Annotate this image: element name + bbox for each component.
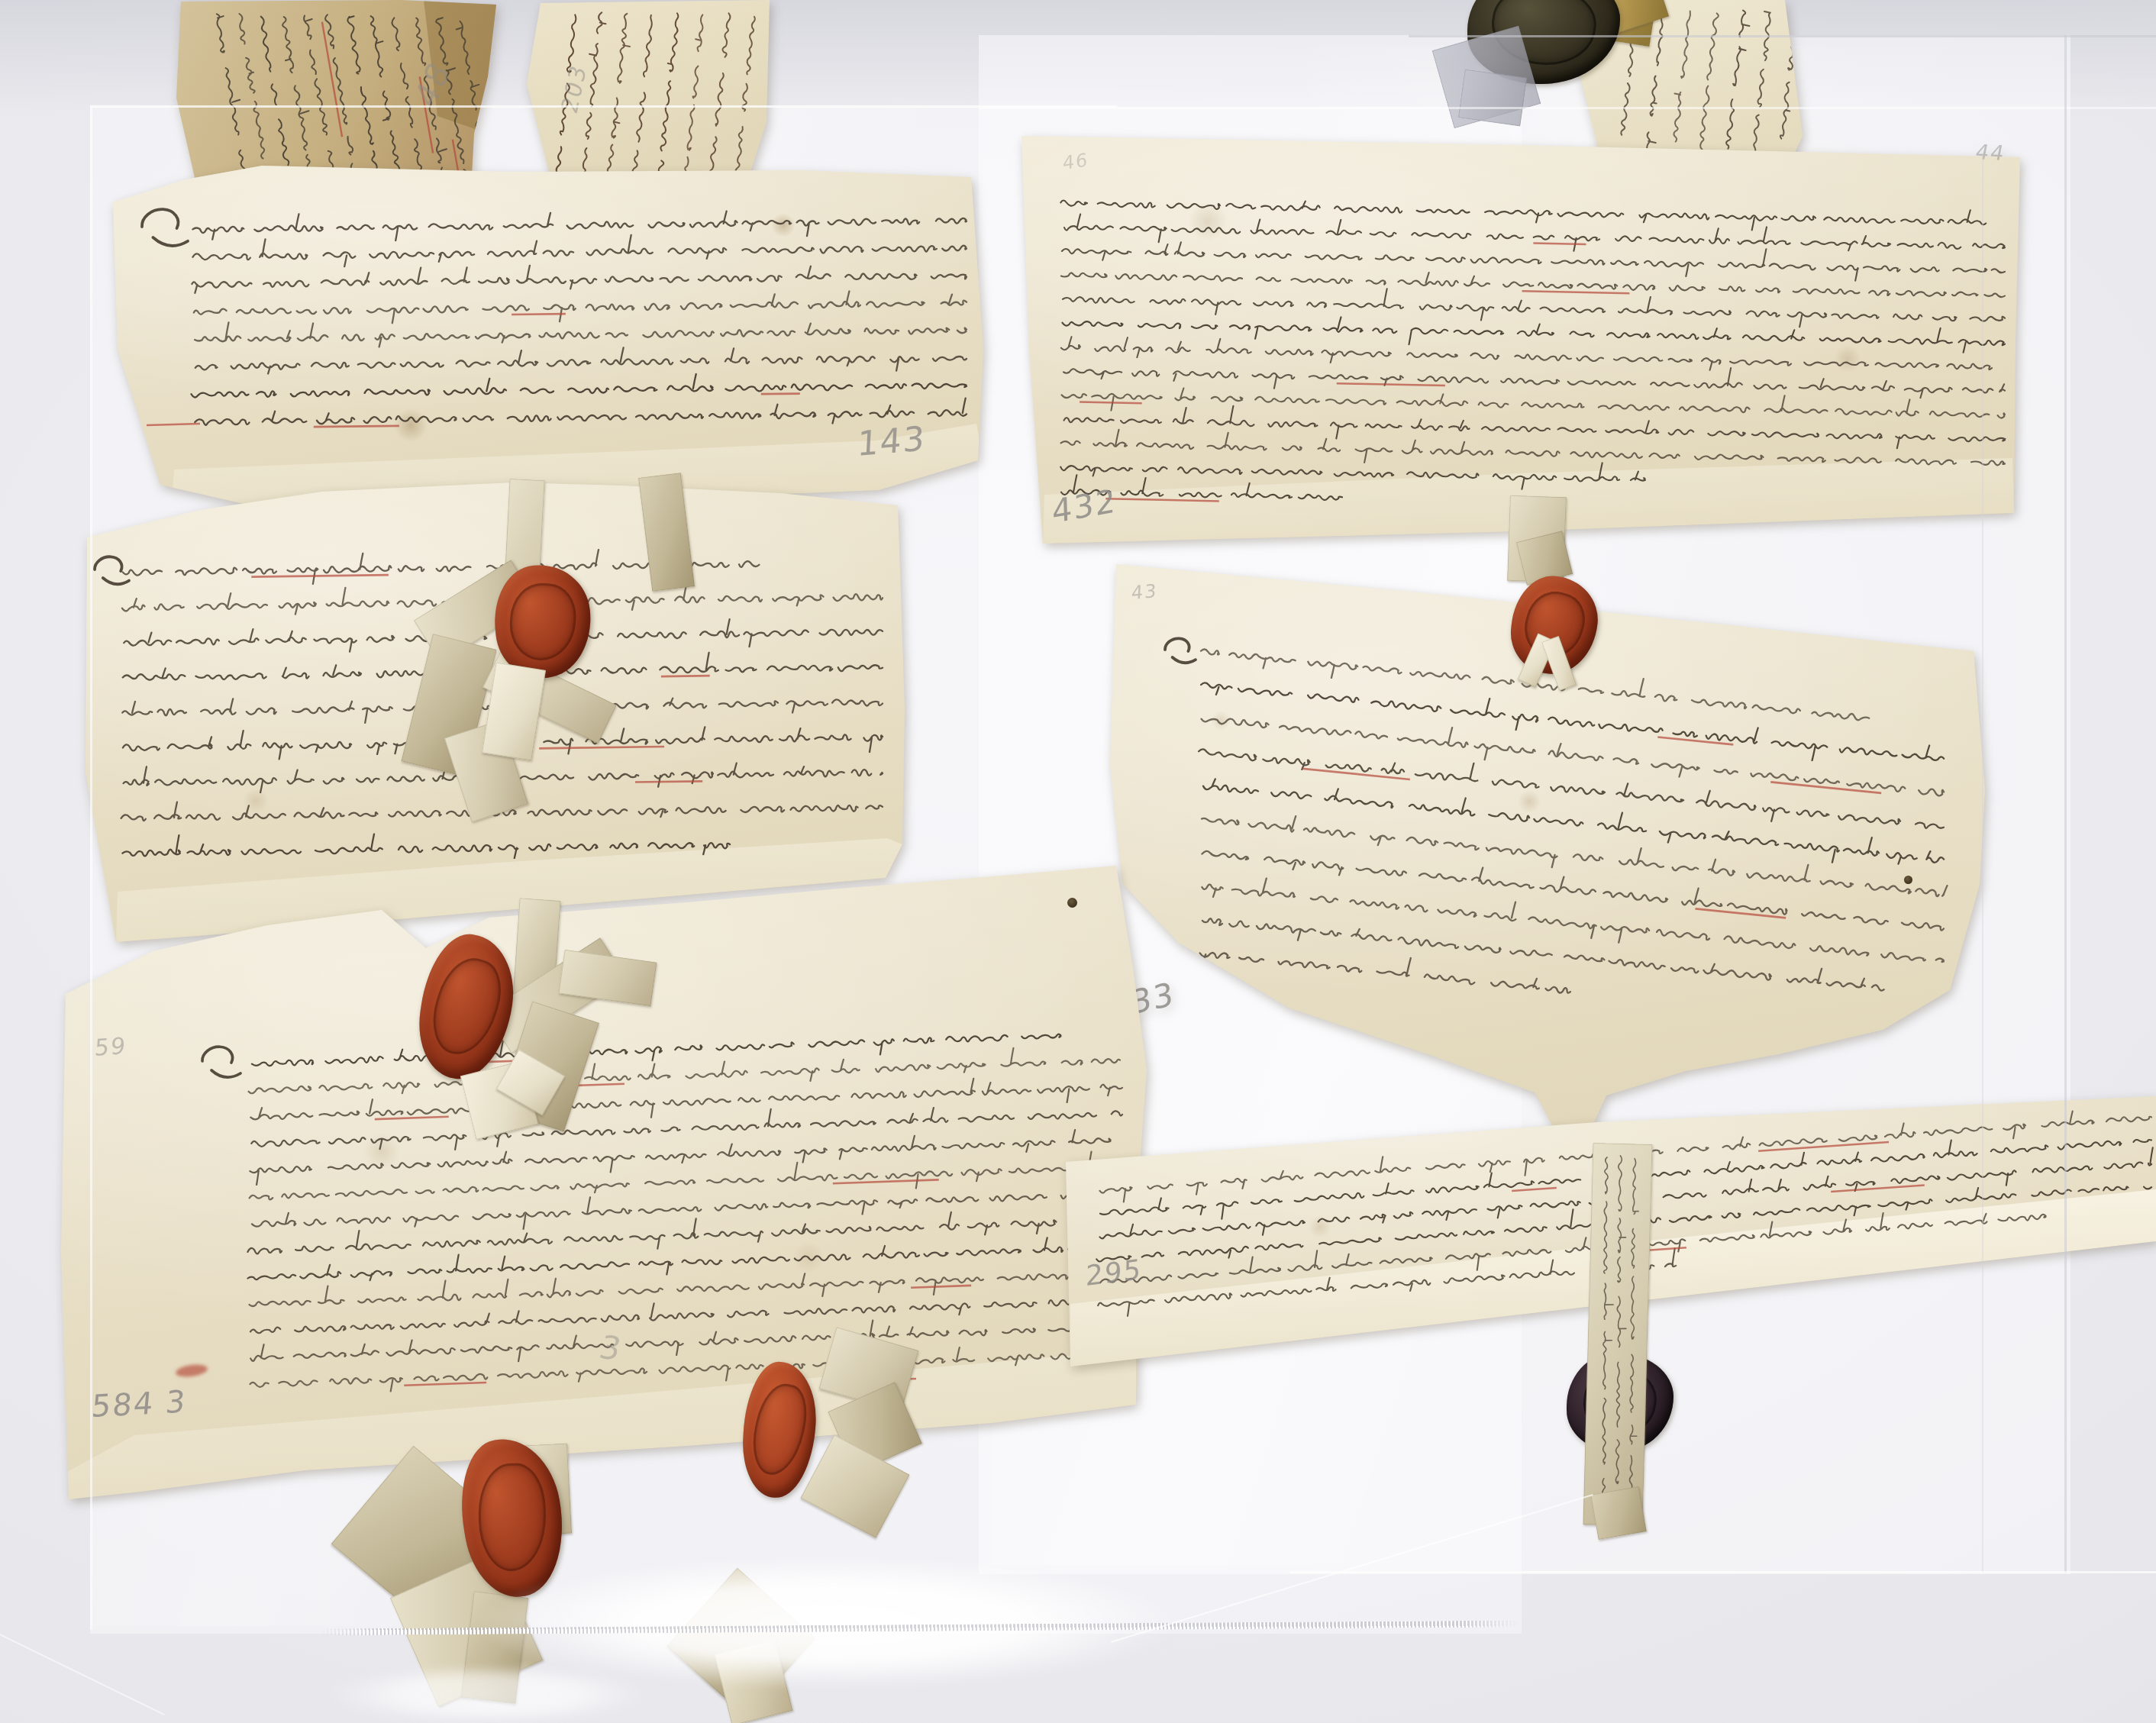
sleeve-edge [1409,35,2156,37]
grey-ribbon [1458,69,1527,127]
edge-shading [113,156,983,515]
sleeve-edge [90,107,92,1630]
ink-strokes [1596,1155,1649,1502]
pencil-number: 59 [94,1033,128,1062]
sleeve-edge [90,105,1117,108]
pencil-number-faint: 46 [1063,149,1089,174]
seal-tag-end [1590,1486,1646,1540]
sleeve-edge [1290,1571,2156,1573]
charter-432: 46 44 432 [1015,128,2023,548]
parchment-surface [113,156,983,515]
sleeve-edge [1982,153,1983,1573]
script-line [1596,1157,1618,1502]
edge-shading [1015,128,2023,548]
sleeve-edge [2064,35,2067,1573]
pencil-number: 584 3 [90,1384,188,1425]
pencil-number: 143 [857,419,927,464]
script-line [1609,1156,1632,1502]
charter-143: 143 [113,156,983,515]
pencil-number-faint: 43 [1131,580,1158,604]
sleeve-crease [0,1634,165,1715]
photo-stage: 48 203 143 [0,0,2156,1723]
light-reflection [328,1664,649,1723]
inscribed-seal-tag [1583,1143,1652,1526]
tag-script [1583,1143,1652,1526]
pencil-number: 44 [1974,140,2007,166]
parchment-surface [1015,128,2023,548]
sleeve-edge [979,107,2156,109]
